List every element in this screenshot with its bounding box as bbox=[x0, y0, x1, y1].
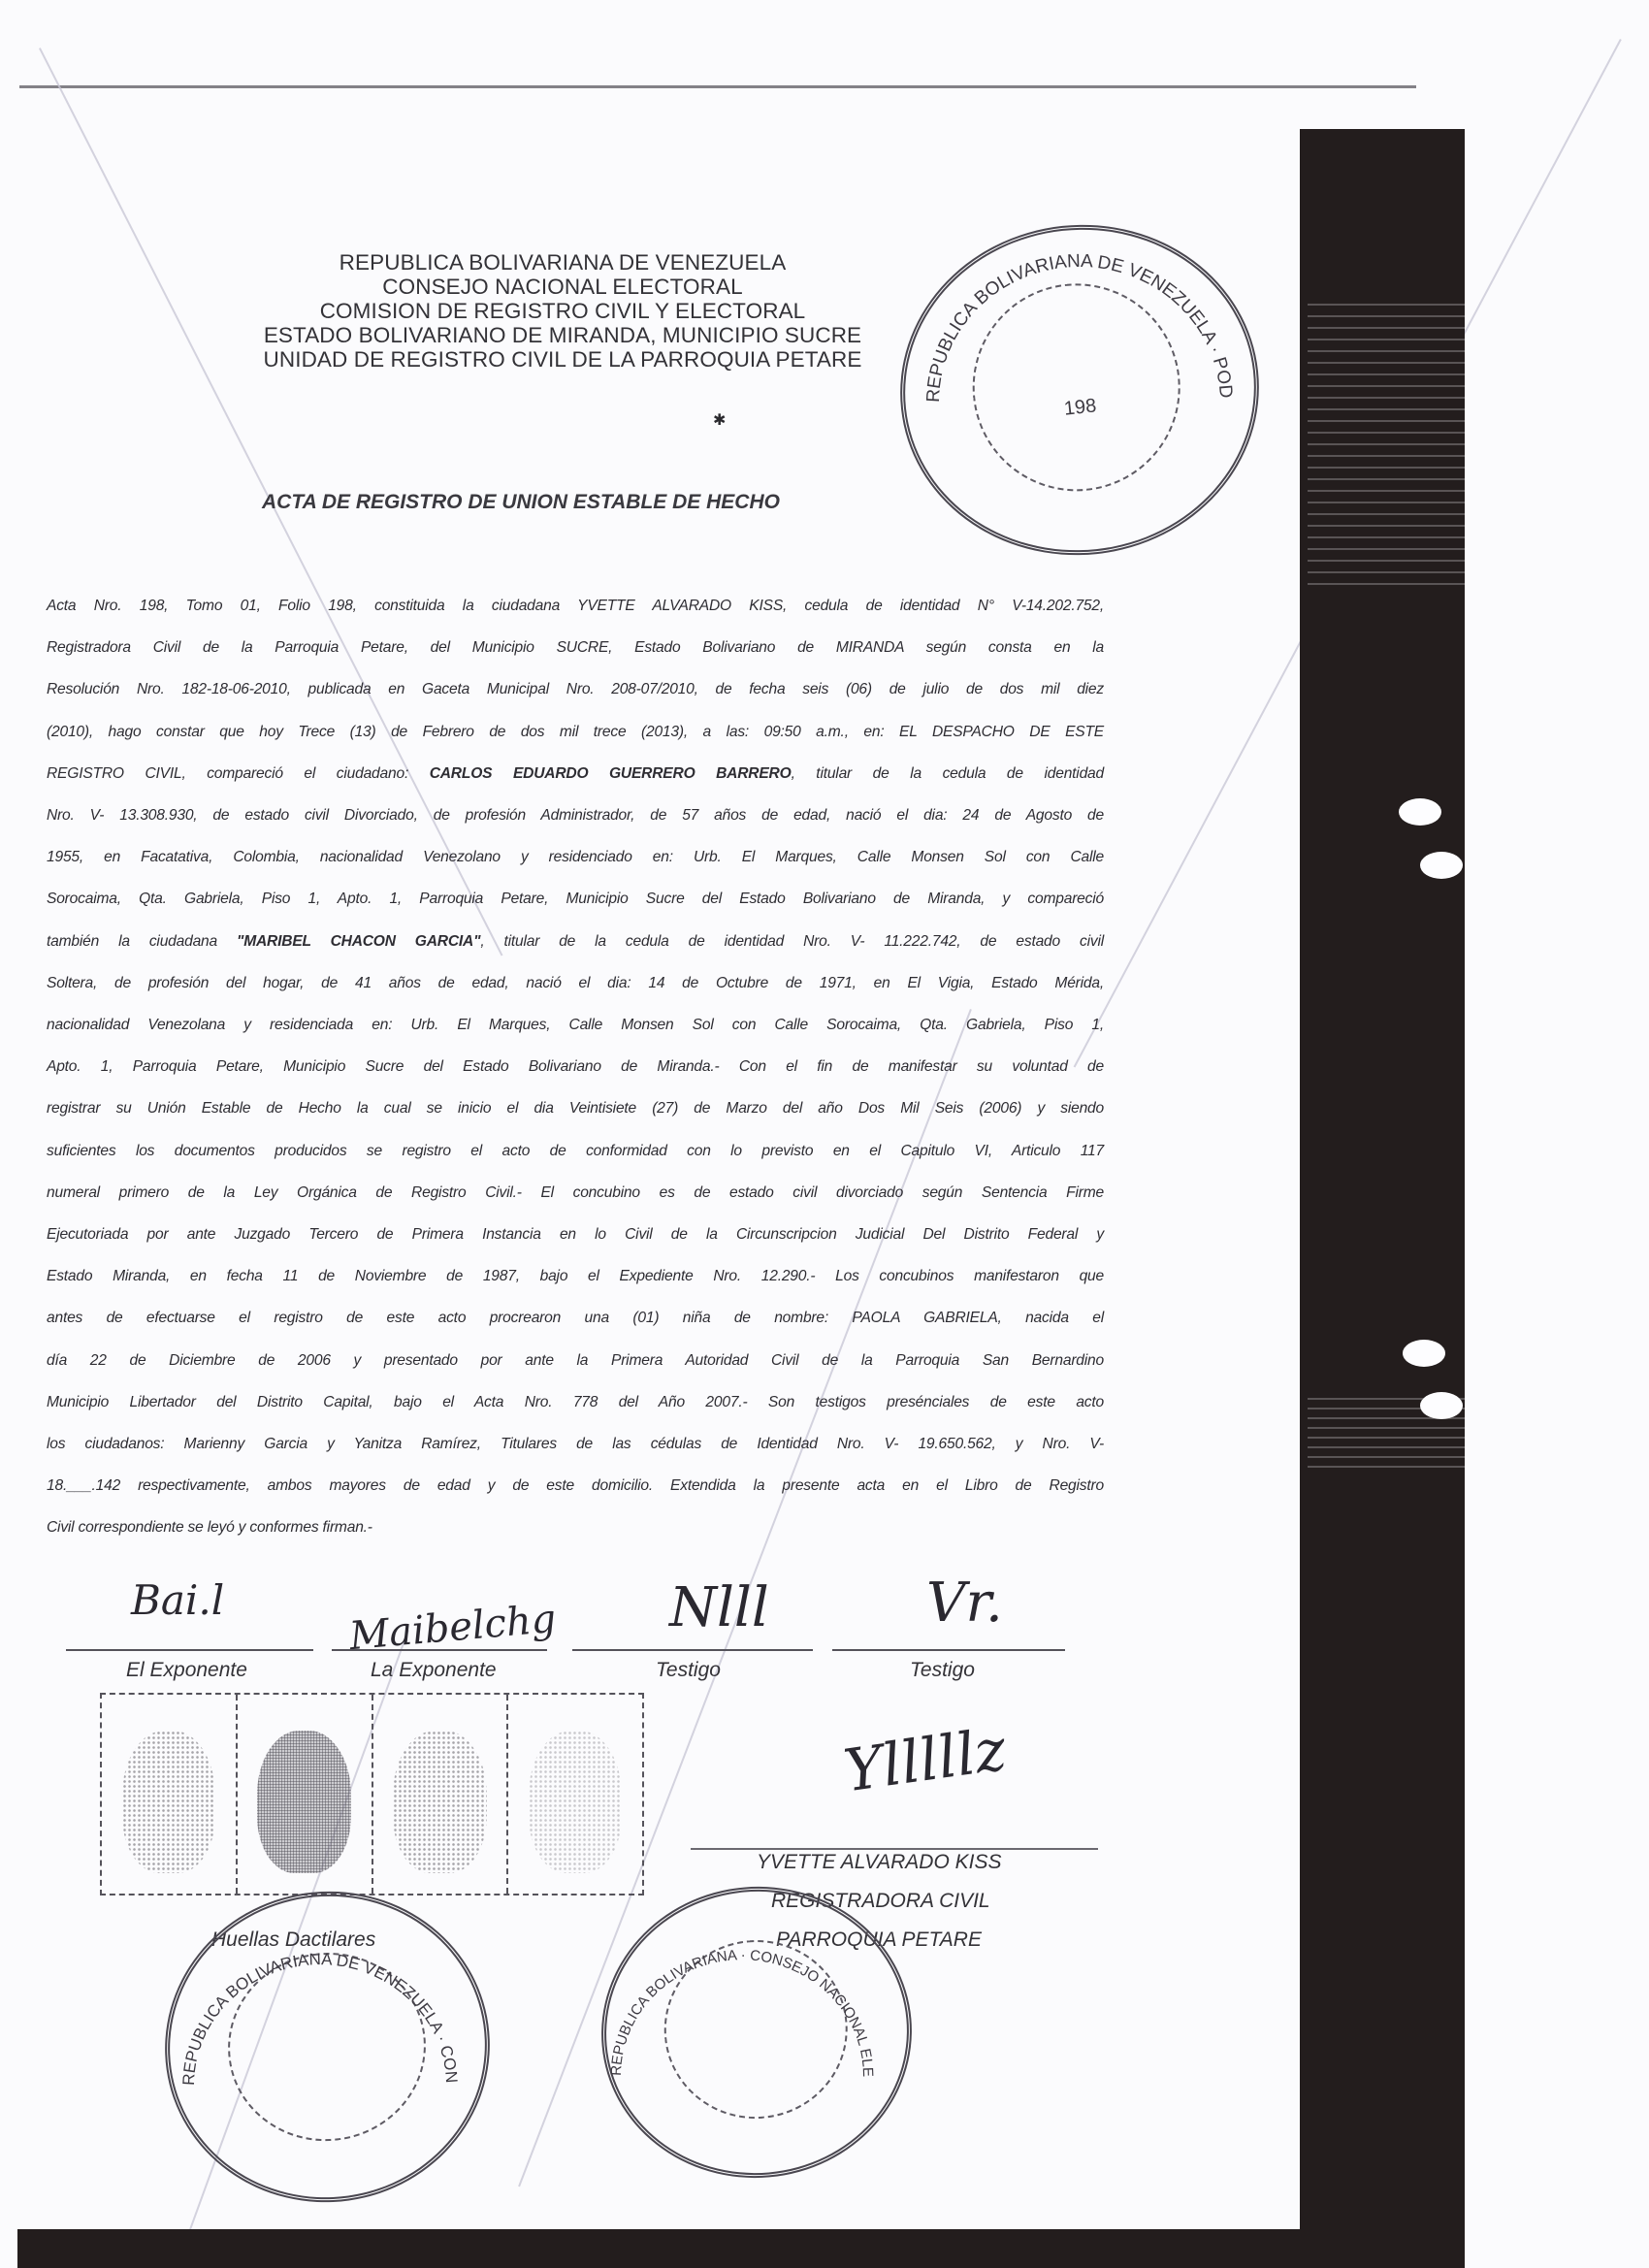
signature-el-exponente: Bai.l bbox=[131, 1576, 224, 1624]
decorative-mark: ✱ bbox=[713, 410, 726, 430]
fingerprint-cell bbox=[508, 1695, 642, 1894]
signature-line bbox=[332, 1649, 547, 1651]
signature-label-la-exponente: La Exponente bbox=[371, 1659, 497, 1682]
signature-label-testigo: Testigo bbox=[656, 1659, 721, 1682]
header-line: CONSEJO NACIONAL ELECTORAL bbox=[223, 275, 902, 299]
signature-testigo-1: Nlll bbox=[669, 1576, 769, 1639]
body-line: Apto. 1, Parroquia Petare, Municipio Suc… bbox=[47, 1046, 1104, 1087]
body-line: día 22 de Diciembre de 2006 y presentado… bbox=[47, 1340, 1104, 1381]
body-line: numeral primero de la Ley Orgánica de Re… bbox=[47, 1172, 1104, 1214]
body-line: 1955, en Facatativa, Colombia, nacionali… bbox=[47, 836, 1104, 878]
document-header: REPUBLICA BOLIVARIANA DE VENEZUELA CONSE… bbox=[223, 250, 902, 372]
scan-top-rule bbox=[19, 85, 1416, 88]
document-title: ACTA DE REGISTRO DE UNION ESTABLE DE HEC… bbox=[262, 491, 941, 514]
header-line: ESTADO BOLIVARIANO DE MIRANDA, MUNICIPIO… bbox=[223, 323, 902, 347]
body-line: Municipio Libertador del Distrito Capita… bbox=[47, 1381, 1104, 1423]
body-line: también la ciudadana "MARIBEL CHACON GAR… bbox=[47, 921, 1104, 962]
seal-bottom-text-rings: REPUBLICA BOLIVARIANA DE VENEZUELA · CON… bbox=[155, 1882, 921, 2202]
svg-text:REPUBLICA BOLIVARIANA DE VENEZ: REPUBLICA BOLIVARIANA DE VENEZUELA · POD… bbox=[900, 218, 1236, 403]
body-line: nacionalidad Venezolana y residenciada e… bbox=[47, 1004, 1104, 1046]
body-line: Civil correspondiente se leyó y conforme… bbox=[47, 1507, 1104, 1548]
bottom-binding-strip bbox=[17, 2229, 1465, 2268]
body-line: Ejecutoriada por ante Juzgado Tercero de… bbox=[47, 1214, 1104, 1255]
binding-ridges bbox=[1308, 294, 1465, 585]
header-line: UNIDAD DE REGISTRO CIVIL DE LA PARROQUIA… bbox=[223, 347, 902, 372]
body-line: Nro. V- 13.308.930, de estado civil Divo… bbox=[47, 794, 1104, 836]
registrar-name: YVETTE ALVARADO KISS bbox=[757, 1851, 1001, 1874]
body-line: Registradora Civil de la Parroquia Petar… bbox=[47, 627, 1104, 668]
signature-label-testigo: Testigo bbox=[910, 1659, 975, 1682]
registrar-signature-line bbox=[691, 1848, 1098, 1850]
seal-top-text-ring: REPUBLICA BOLIVARIANA DE VENEZUELA · POD… bbox=[900, 218, 1259, 553]
body-line: (2010), hago constar que hoy Trece (13) … bbox=[47, 711, 1104, 753]
body-line: Acta Nro. 198, Tomo 01, Folio 198, const… bbox=[47, 585, 1104, 627]
header-line: COMISION DE REGISTRO CIVIL Y ELECTORAL bbox=[223, 299, 902, 323]
signature-label-el-exponente: El Exponente bbox=[126, 1659, 247, 1682]
signature-line bbox=[572, 1649, 813, 1651]
fingerprint-cell bbox=[373, 1695, 509, 1894]
fingerprint-impression bbox=[122, 1731, 215, 1874]
fingerprint-impression bbox=[393, 1731, 486, 1874]
body-line: los ciudadanos: Marienny Garcia y Yanitz… bbox=[47, 1423, 1104, 1465]
signature-line bbox=[832, 1649, 1065, 1651]
signature-testigo-2: Vr. bbox=[926, 1571, 1003, 1635]
body-line: Resolución Nro. 182-18-06-2010, publicad… bbox=[47, 668, 1104, 710]
signature-line bbox=[66, 1649, 313, 1651]
body-line: registrar su Unión Estable de Hecho la c… bbox=[47, 1087, 1104, 1129]
fingerprint-impression bbox=[257, 1731, 350, 1874]
svg-text:REPUBLICA BOLIVARIANA DE VENEZ: REPUBLICA BOLIVARIANA DE VENEZUELA · CON… bbox=[155, 1882, 461, 2086]
punch-hole bbox=[1399, 798, 1441, 826]
body-line: Estado Miranda, en fecha 11 de Noviembre… bbox=[47, 1255, 1104, 1297]
body-line: Sorocaima, Qta. Gabriela, Piso 1, Apto. … bbox=[47, 878, 1104, 920]
punch-hole bbox=[1420, 1392, 1463, 1419]
signature-registrar: Ylllllz bbox=[840, 1716, 1010, 1806]
punch-hole bbox=[1403, 1340, 1445, 1367]
body-line: REGISTRO CIVIL, compareció el ciudadano:… bbox=[47, 753, 1104, 794]
body-line: suficientes los documentos producidos se… bbox=[47, 1130, 1104, 1172]
header-line: REPUBLICA BOLIVARIANA DE VENEZUELA bbox=[223, 250, 902, 275]
binding-strip bbox=[1300, 129, 1465, 2263]
fingerprint-cell bbox=[102, 1695, 238, 1894]
fingerprint-impression bbox=[529, 1731, 622, 1874]
punch-hole bbox=[1420, 852, 1463, 879]
body-line: Soltera, de profesión del hogar, de 41 a… bbox=[47, 962, 1104, 1004]
body-line: antes de efectuarse el registro de este … bbox=[47, 1297, 1104, 1339]
fingerprint-cell bbox=[238, 1695, 373, 1894]
fingerprint-box bbox=[100, 1693, 644, 1895]
body-line: 18.___.142 respectivamente, ambos mayore… bbox=[47, 1465, 1104, 1507]
document-body: Acta Nro. 198, Tomo 01, Folio 198, const… bbox=[47, 585, 1104, 1549]
